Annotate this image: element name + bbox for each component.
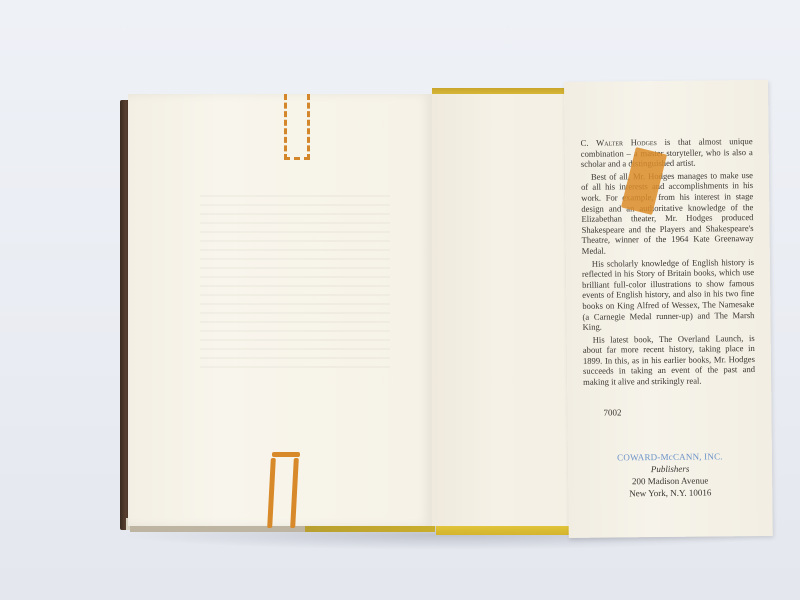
bio-paragraph: His latest book, The Overland Launch, is… bbox=[583, 333, 756, 388]
publisher-address-2: New York, N.Y. 10016 bbox=[568, 486, 772, 500]
tape-mark-bottom bbox=[266, 450, 302, 528]
bleed-through-text bbox=[200, 195, 390, 375]
publisher-block: COWARD-McCANN, INC. Publishers 200 Madis… bbox=[568, 450, 772, 500]
bio-paragraph: Best of all, Mr. Hodges manages to make … bbox=[581, 170, 754, 257]
dust-jacket-flap: C. Walter Hodges is that almost unique c… bbox=[564, 80, 773, 538]
catalog-code: 7002 bbox=[603, 407, 621, 417]
tape-mark-top bbox=[284, 94, 310, 160]
jacket-bottom-edge bbox=[436, 526, 586, 535]
bottom-jacket-edge bbox=[305, 526, 435, 532]
author-name: C. Walter Hodges bbox=[581, 137, 657, 148]
bio-paragraph: His scholarly knowledge of English histo… bbox=[582, 257, 755, 333]
flap-bio-text: C. Walter Hodges is that almost unique c… bbox=[581, 136, 756, 389]
